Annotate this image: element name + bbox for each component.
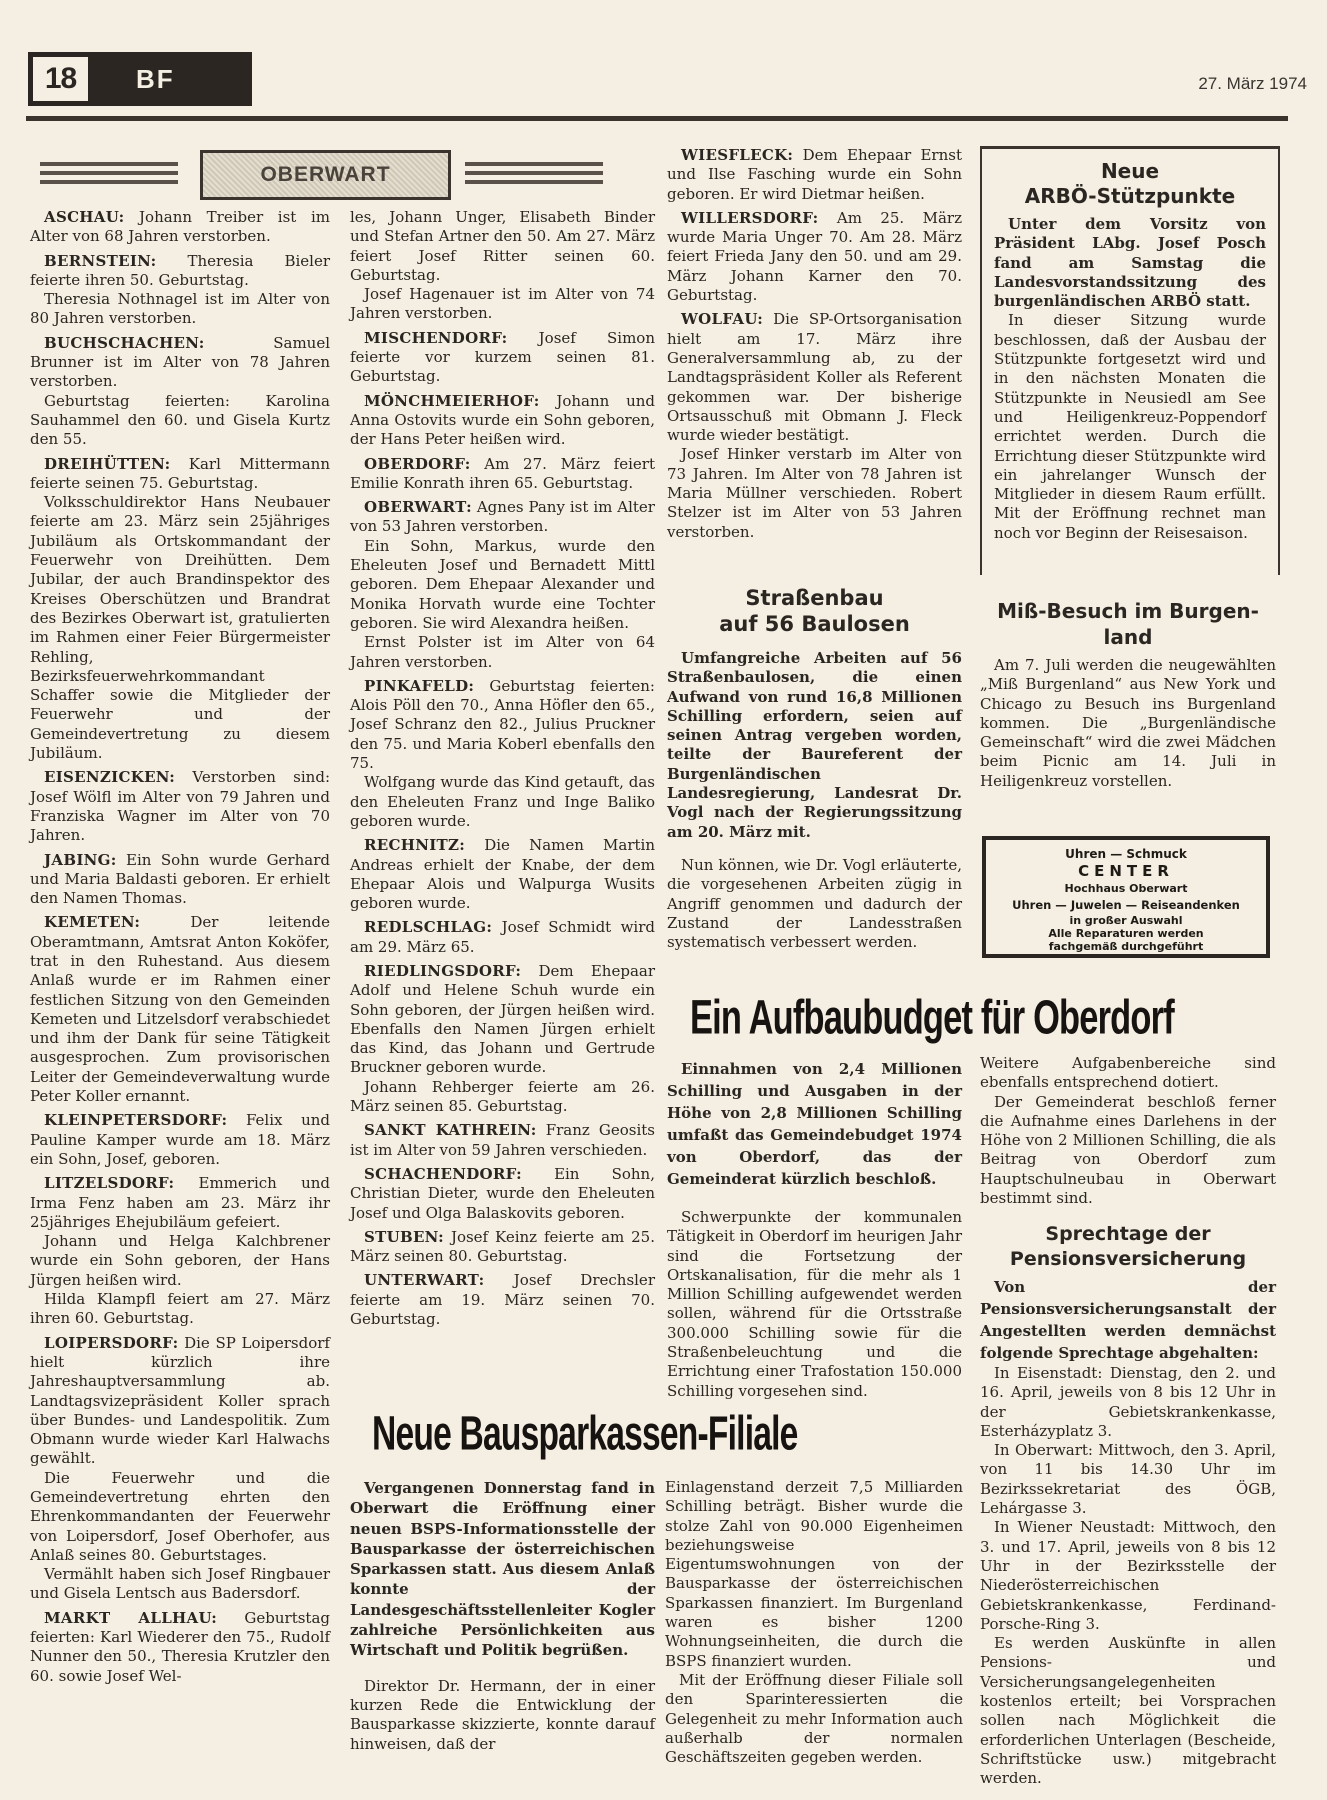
news-item: Ernst Polster ist im Alter von 64 Jahren… — [350, 633, 655, 672]
place-name: BERNSTEIN: — [44, 252, 156, 270]
place-name: RECHNITZ: — [364, 836, 465, 854]
news-item: Wolfgang wurde das Kind getauft, das den… — [350, 773, 655, 831]
ad-line-1: Uhren — Schmuck — [986, 846, 1266, 863]
lead-paragraph: Umfangreiche Arbeiten auf 56 Straßenbaul… — [667, 649, 962, 842]
place-name: WOLFAU: — [681, 310, 763, 328]
news-item: MÖNCHMEIERHOF: Johann und Anna Ostovits … — [350, 392, 655, 450]
article-strassenbau: Straßenbau auf 56 Baulosen Umfangreiche … — [667, 585, 962, 952]
news-item: KLEINPETERSDORF: Felix und Pauline Kampe… — [30, 1111, 330, 1169]
news-item: SANKT KATHREIN: Franz Geosits ist im Alt… — [350, 1121, 655, 1160]
news-item: Die Feuerwehr und die Gemeindevertretung… — [30, 1469, 330, 1565]
body-paragraph: In Oberwart: Mittwoch, den 3. April, von… — [980, 1441, 1276, 1518]
body-paragraph: In Wiener Neustadt: Mittwoch, den 3. und… — [980, 1518, 1276, 1634]
article-aufbaubudget-col2: Weitere Aufgabenbereiche sind ebenfalls … — [980, 1054, 1276, 1208]
news-item: OBERDORF: Am 27. März feiert Emilie Konr… — [350, 455, 655, 494]
body-paragraph: Nun können, wie Dr. Vogl erläuterte, die… — [667, 856, 962, 952]
news-item: MARKT ALLHAU: Geburtstag feierten: Karl … — [30, 1609, 330, 1686]
ad-line-7: fachgemäß durchgeführt — [986, 940, 1266, 953]
place-name: PINKAFELD: — [364, 677, 474, 695]
column-2-local-news: les, Johann Unger, Elisabeth Binder und … — [350, 208, 655, 1329]
place-name: BUCHSCHACHEN: — [44, 334, 205, 352]
body-paragraph: Weitere Aufgabenbereiche sind ebenfalls … — [980, 1054, 1276, 1093]
news-text: Johann Rehberger feierte am 26. März sei… — [350, 1078, 655, 1115]
headline-sprechtage: Sprechtage der Pensionsversicherung — [980, 1222, 1276, 1272]
place-name: ASCHAU: — [44, 208, 124, 226]
body-paragraph: Einlagenstand derzeit 7,5 Milliarden Sch… — [665, 1478, 963, 1671]
news-item: Josef Hinker verstarb im Alter von 73 Ja… — [667, 445, 962, 541]
news-item: Johann und Helga Kalchbrener wurde ein S… — [30, 1232, 330, 1290]
news-text: Geburtstag feierten: Karolina Sauhammel … — [30, 392, 330, 449]
place-name: RIEDLINGSDORF: — [364, 962, 521, 980]
place-name: KEMETEN: — [44, 913, 140, 931]
news-item: RECHNITZ: Die Namen Martin Andreas erhie… — [350, 836, 655, 913]
news-text: Johann und Helga Kalchbrener wurde ein S… — [30, 1232, 330, 1289]
news-text: Josef Hagenauer ist im Alter von 74 Jahr… — [350, 285, 655, 322]
news-item: Vermählt haben sich Josef Ringbauer und … — [30, 1565, 330, 1604]
place-name: OBERDORF: — [364, 455, 471, 473]
place-name: SANKT KATHREIN: — [364, 1121, 537, 1139]
section-banner: OBERWART — [200, 150, 451, 200]
lead-paragraph: Unter dem Vorsitz von Präsident LAbg. Jo… — [994, 215, 1266, 311]
article-aufbaubudget-col1: Einnahmen von 2,4 Millionen Schilling un… — [667, 1058, 962, 1401]
news-text: les, Johann Unger, Elisabeth Binder und … — [350, 208, 655, 284]
place-name: LOIPERSDORF: — [44, 1334, 178, 1352]
headline-strassenbau: Straßenbau auf 56 Baulosen — [667, 585, 962, 637]
headline-bausparkasse: Neue Bausparkassen-Filiale — [372, 1406, 798, 1461]
banner-right-lines — [465, 162, 603, 184]
place-name: UNTERWART: — [364, 1271, 484, 1289]
body-paragraph: Der Gemeinderat beschloß ferner die Aufn… — [980, 1093, 1276, 1209]
body-paragraph: Mit der Eröffnung dieser Filiale soll de… — [665, 1671, 963, 1767]
news-item: RIEDLINGSDORF: Dem Ehepaar Adolf und Hel… — [350, 962, 655, 1078]
column-1-local-news: ASCHAU: Johann Treiber ist im Alter von … — [30, 208, 330, 1686]
place-name: LITZELSDORF: — [44, 1174, 174, 1192]
article-bausparkasse-col1: Vergangenen Donnerstag fand in Oberwart … — [350, 1478, 655, 1754]
news-item: PINKAFELD: Geburtstag feierten: Alois Pö… — [350, 677, 655, 773]
article-arboe-box: Neue ARBÖ-Stützpunkte Unter dem Vorsitz … — [980, 146, 1280, 575]
page-number: 18 — [33, 57, 88, 101]
ad-line-6: Alle Reparaturen werden — [986, 927, 1266, 940]
article-sprechtage: Sprechtage der Pensionsversicherung Von … — [980, 1222, 1276, 1789]
body-paragraph: Schwerpunkte der kommunalen Tätigkeit in… — [667, 1208, 962, 1401]
news-text: Vermählt haben sich Josef Ringbauer und … — [30, 1565, 330, 1602]
place-name: OBERWART: — [364, 498, 472, 516]
news-text: Hilda Klampfl feiert am 27. März ihren 6… — [30, 1290, 330, 1327]
news-item: ASCHAU: Johann Treiber ist im Alter von … — [30, 208, 330, 247]
article-bausparkasse-col2: Einlagenstand derzeit 7,5 Milliarden Sch… — [665, 1478, 963, 1767]
news-item: DREIHÜTTEN: Karl Mittermann feierte sein… — [30, 455, 330, 494]
place-name: MISCHENDORF: — [364, 329, 508, 347]
lead-paragraph: Von der Pensionsversicherungsanstalt der… — [980, 1276, 1276, 1364]
news-text: Theresia Nothnagel ist im Alter von 80 J… — [30, 290, 330, 327]
lead-paragraph: Einnahmen von 2,4 Millionen Schilling un… — [667, 1058, 962, 1190]
news-item: KEMETEN: Der leitende Oberamtmann, Amtsr… — [30, 913, 330, 1106]
place-name: SCHACHENDORF: — [364, 1165, 522, 1183]
banner-left-lines — [40, 162, 178, 184]
place-name: MÖNCHMEIERHOF: — [364, 392, 540, 410]
news-item: WOLFAU: Die SP-Ortsorganisation hielt am… — [667, 310, 962, 445]
news-text: Ein Sohn, Markus, wurde den Eheleuten Jo… — [350, 537, 655, 632]
news-item: WILLERSDORF: Am 25. März wurde Maria Ung… — [667, 209, 962, 305]
place-name: EISENZICKEN: — [44, 768, 175, 786]
news-text: Die SP Loipersdorf hielt kürzlich ihre J… — [30, 1334, 330, 1468]
body-paragraph: In dieser Sitzung wurde beschlossen, daß… — [994, 311, 1266, 543]
news-text: Die Feuerwehr und die Gemeindevertretung… — [30, 1469, 330, 1564]
news-item: UNTERWART: Josef Drechsler feierte am 19… — [350, 1271, 655, 1329]
place-name: DREIHÜTTEN: — [44, 455, 170, 473]
news-text: Josef Hinker verstarb im Alter von 73 Ja… — [667, 445, 962, 540]
news-item: BERNSTEIN: Theresia Bieler feierte ihren… — [30, 252, 330, 291]
news-item: EISENZICKEN: Verstorben sind: Josef Wölf… — [30, 768, 330, 845]
place-name: JABING: — [44, 851, 117, 869]
masthead: 18 BF — [28, 52, 252, 106]
news-item: Hilda Klampfl feiert am 27. März ihren 6… — [30, 1290, 330, 1329]
headline-miss-besuch: Miß-Besuch im Burgen- land — [980, 598, 1276, 650]
place-name: WILLERSDORF: — [681, 209, 818, 227]
news-item: Geburtstag feierten: Karolina Sauhammel … — [30, 392, 330, 450]
news-text: Volksschuldirektor Hans Neubauer feierte… — [30, 493, 330, 762]
advertisement-center: Uhren — Schmuck CENTER Hochhaus Oberwart… — [982, 836, 1270, 958]
news-text: Der leitende Oberamtmann, Amtsrat Anton … — [30, 913, 330, 1105]
headline-arboe: Neue ARBÖ-Stützpunkte — [982, 159, 1278, 209]
news-item: LOIPERSDORF: Die SP Loipersdorf hielt kü… — [30, 1334, 330, 1469]
news-text: Die SP-Ortsorganisation hielt am 17. Mär… — [667, 310, 962, 444]
place-name: STUBEN: — [364, 1228, 444, 1246]
body-paragraph: Direktor Dr. Hermann, der in einer kurze… — [350, 1677, 655, 1754]
news-item: SCHACHENDORF: Ein Sohn, Christian Dieter… — [350, 1165, 655, 1223]
place-name: MARKT ALLHAU: — [44, 1609, 217, 1627]
place-name: KLEINPETERSDORF: — [44, 1111, 227, 1129]
news-item: Johann Rehberger feierte am 26. März sei… — [350, 1078, 655, 1117]
issue-date: 27. März 1974 — [1198, 74, 1307, 94]
place-name: REDLSCHLAG: — [364, 918, 492, 936]
news-item: MISCHENDORF: Josef Simon feierte vor kur… — [350, 329, 655, 387]
ad-line-4: Uhren — Juwelen — Reiseandenken — [986, 897, 1266, 914]
news-item: JABING: Ein Sohn wurde Gerhard und Maria… — [30, 851, 330, 909]
body-paragraph: Es werden Auskünfte in allen Pensions- u… — [980, 1634, 1276, 1788]
news-item: REDLSCHLAG: Josef Schmidt wird am 29. Mä… — [350, 918, 655, 957]
section-label: BF — [136, 64, 175, 95]
news-item: les, Johann Unger, Elisabeth Binder und … — [350, 208, 655, 285]
news-item: Josef Hagenauer ist im Alter von 74 Jahr… — [350, 285, 655, 324]
headline-aufbaubudget: Ein Aufbaubudget für Oberdorf — [690, 990, 1174, 1045]
place-name: WIESFLECK: — [681, 146, 793, 164]
body-paragraph: In Eisenstadt: Dienstag, den 2. und 16. … — [980, 1364, 1276, 1441]
ad-line-3: Hochhaus Oberwart — [986, 880, 1266, 897]
body-paragraph: Am 7. Juli werden die neugewählten „Miß … — [980, 656, 1276, 791]
ad-line-5: in großer Auswahl — [986, 914, 1266, 927]
news-item: BUCHSCHACHEN: Samuel Brunner ist im Alte… — [30, 334, 330, 392]
article-miss-besuch: Miß-Besuch im Burgen- land Am 7. Juli we… — [980, 598, 1276, 791]
ad-store-name: CENTER — [986, 863, 1266, 880]
news-item: Theresia Nothnagel ist im Alter von 80 J… — [30, 290, 330, 329]
news-text: Ernst Polster ist im Alter von 64 Jahren… — [350, 633, 655, 670]
news-item: Ein Sohn, Markus, wurde den Eheleuten Jo… — [350, 537, 655, 633]
lead-paragraph: Vergangenen Donnerstag fand in Oberwart … — [350, 1478, 655, 1661]
news-item: LITZELSDORF: Emmerich und Irma Fenz habe… — [30, 1174, 330, 1232]
news-item: WIESFLECK: Dem Ehepaar Ernst und Ilse Fa… — [667, 146, 962, 204]
news-item: STUBEN: Josef Keinz feierte am 25. März … — [350, 1228, 655, 1267]
news-text: Wolfgang wurde das Kind getauft, das den… — [350, 773, 655, 830]
column-3-local-news: WIESFLECK: Dem Ehepaar Ernst und Ilse Fa… — [667, 146, 962, 542]
news-item: Volksschuldirektor Hans Neubauer feierte… — [30, 493, 330, 763]
news-item: OBERWART: Agnes Pany ist im Alter von 53… — [350, 498, 655, 537]
top-rule-divider — [26, 116, 1288, 121]
